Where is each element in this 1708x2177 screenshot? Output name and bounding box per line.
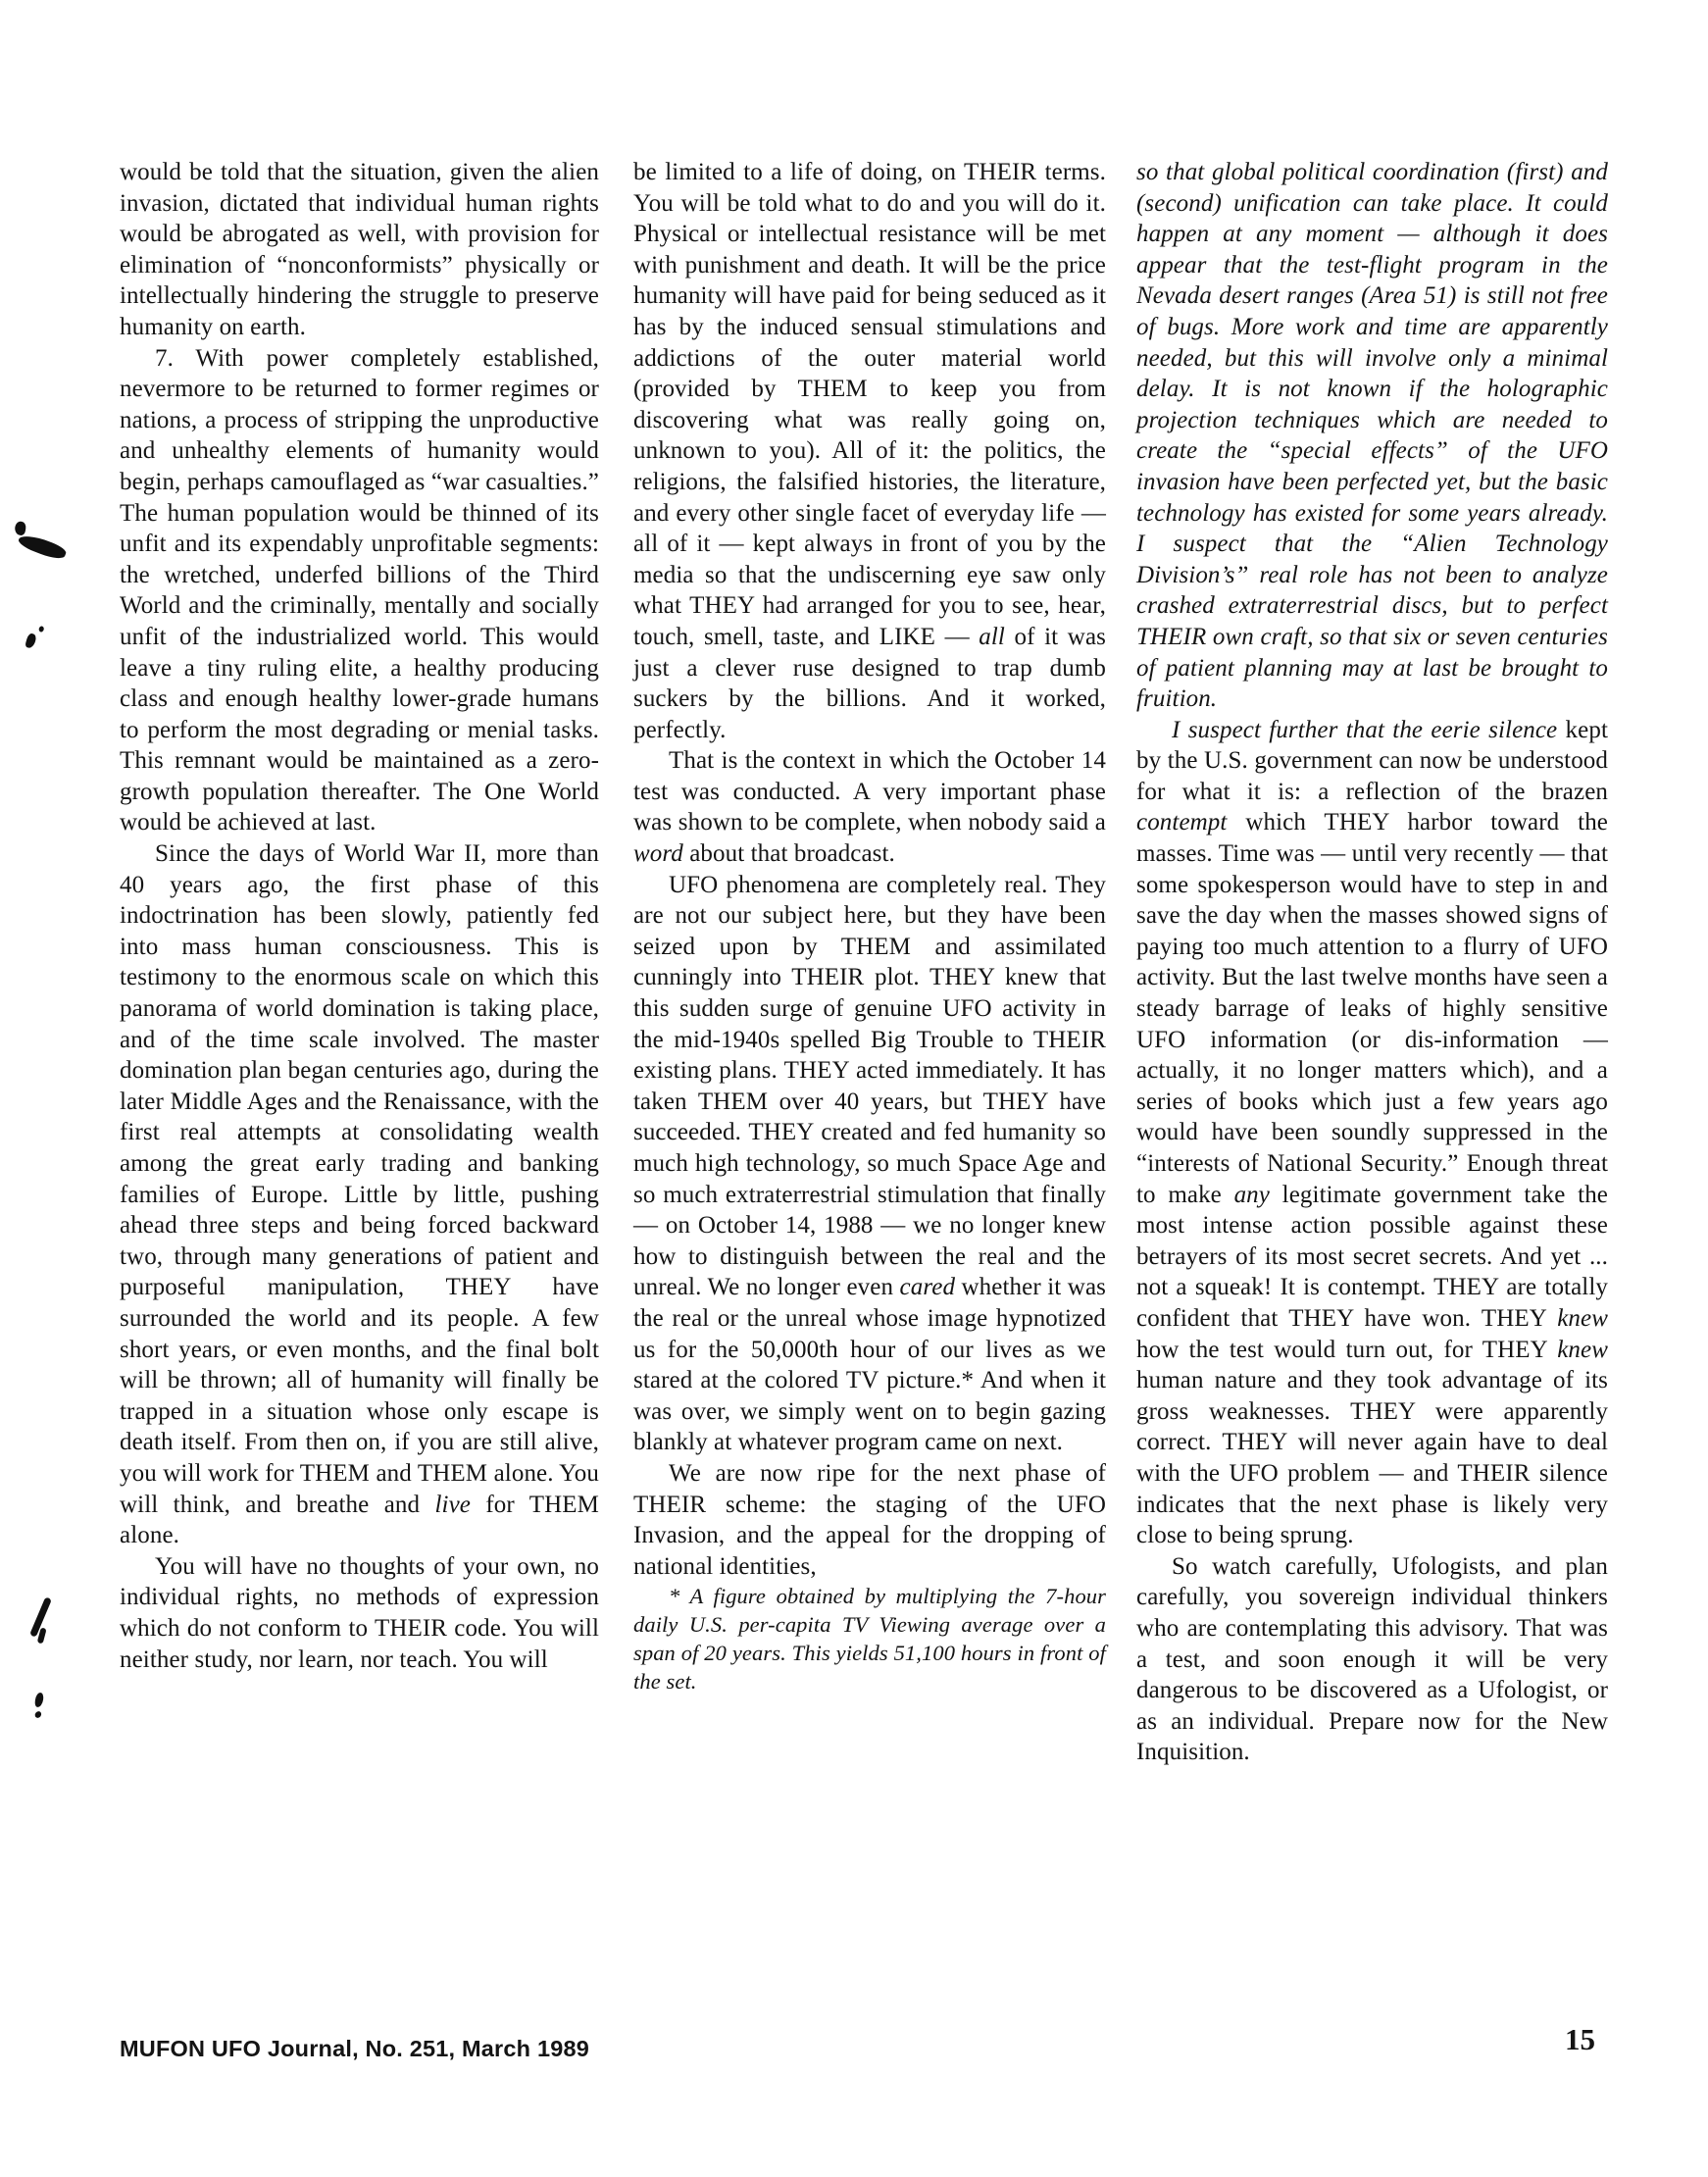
ink-mark (25, 633, 37, 649)
page-number: 15 (1565, 2022, 1595, 2057)
column-2: be limited to a life of doing, on THEIR … (633, 157, 1106, 1696)
paragraph: be limited to a life of doing, on THEIR … (633, 157, 1106, 745)
paragraph: 7. With power completely established, ne… (120, 343, 599, 839)
paragraph: would be told that the situation, given … (120, 157, 599, 343)
paragraph: Since the days of World War II, more tha… (120, 838, 599, 1551)
column-1: would be told that the situation, given … (120, 157, 599, 1675)
paragraph: We are now ripe for the next phase of TH… (633, 1458, 1106, 1582)
ink-mark (29, 1596, 52, 1637)
journal-footer: MUFON UFO Journal, No. 251, March 1989 (120, 2036, 589, 2062)
footnote: * A figure obtained by multiplying the 7… (633, 1582, 1106, 1696)
column-3: so that global political coordination (f… (1136, 157, 1608, 1768)
paragraph: so that global political coordination (f… (1136, 157, 1608, 715)
paragraph: You will have no thoughts of your own, n… (120, 1551, 599, 1675)
ink-mark (17, 532, 68, 563)
paragraph: So watch carefully, Ufologists, and plan… (1136, 1551, 1608, 1768)
ink-mark (34, 1693, 44, 1708)
paragraph: I suspect further that the eerie silence… (1136, 715, 1608, 1551)
paragraph: UFO phenomena are completely real. They … (633, 870, 1106, 1458)
magazine-page: would be told that the situation, given … (0, 0, 1708, 2177)
paragraph: That is the context in which the October… (633, 745, 1106, 869)
